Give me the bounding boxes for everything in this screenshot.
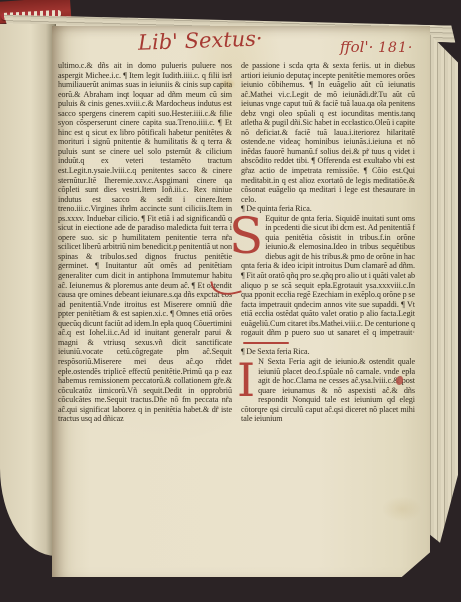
parchment-stain bbox=[382, 496, 422, 522]
folio-label: ffol'· bbox=[340, 38, 373, 56]
chapter-rubric-sexta-feria: ¶ De Sexta feria Rica. bbox=[241, 347, 415, 357]
rubricated-initial-I: I bbox=[237, 358, 255, 402]
rubricated-initial-S: S bbox=[229, 216, 263, 256]
running-title-rubric: Lib' Sextus· bbox=[138, 25, 299, 55]
folio-value: 181· bbox=[378, 40, 413, 56]
recto-page: Lib' Sextus· ffol'· 181· ultimo.c.& dñs … bbox=[52, 26, 430, 577]
right-column-paragraph-2: SEquitur de qnta feria. Siquidẽ inuitati… bbox=[241, 214, 415, 348]
right-text-column: de passione i scda qrta & sexta feriis. … bbox=[241, 61, 415, 424]
red-line-filler bbox=[243, 342, 289, 344]
folio-number-rubric: ffol'· 181· bbox=[340, 38, 413, 56]
paragraph-3-text: N Sexta Feria agit de ieiunio.& ostendit… bbox=[241, 357, 415, 423]
text-block: ultimo.c.& dñs ait in domo pulueris pulu… bbox=[58, 61, 424, 424]
book-fore-edge bbox=[427, 26, 458, 548]
photo-incunable-page: { "page": { "running_title": "Lib' Sextu… bbox=[0, 0, 461, 602]
left-text-column: ultimo.c.& dñs ait in domo pulueris pulu… bbox=[58, 61, 232, 424]
paragraph-2-text: Equitur de qnta feria. Siquidẽ inuitati … bbox=[241, 214, 415, 338]
chapter-rubric-quinta-feria: ¶ De quinta feria Rica. bbox=[241, 204, 415, 214]
right-column-paragraph-3: IN Sexta Feria agit de ieiunio.& ostendi… bbox=[241, 357, 415, 424]
left-column-text: ultimo.c.& dñs ait in domo pulueris pulu… bbox=[58, 61, 232, 424]
facing-page-gutter bbox=[0, 24, 56, 556]
right-column-paragraph-1: de passione i scda qrta & sexta feriis. … bbox=[241, 61, 415, 204]
